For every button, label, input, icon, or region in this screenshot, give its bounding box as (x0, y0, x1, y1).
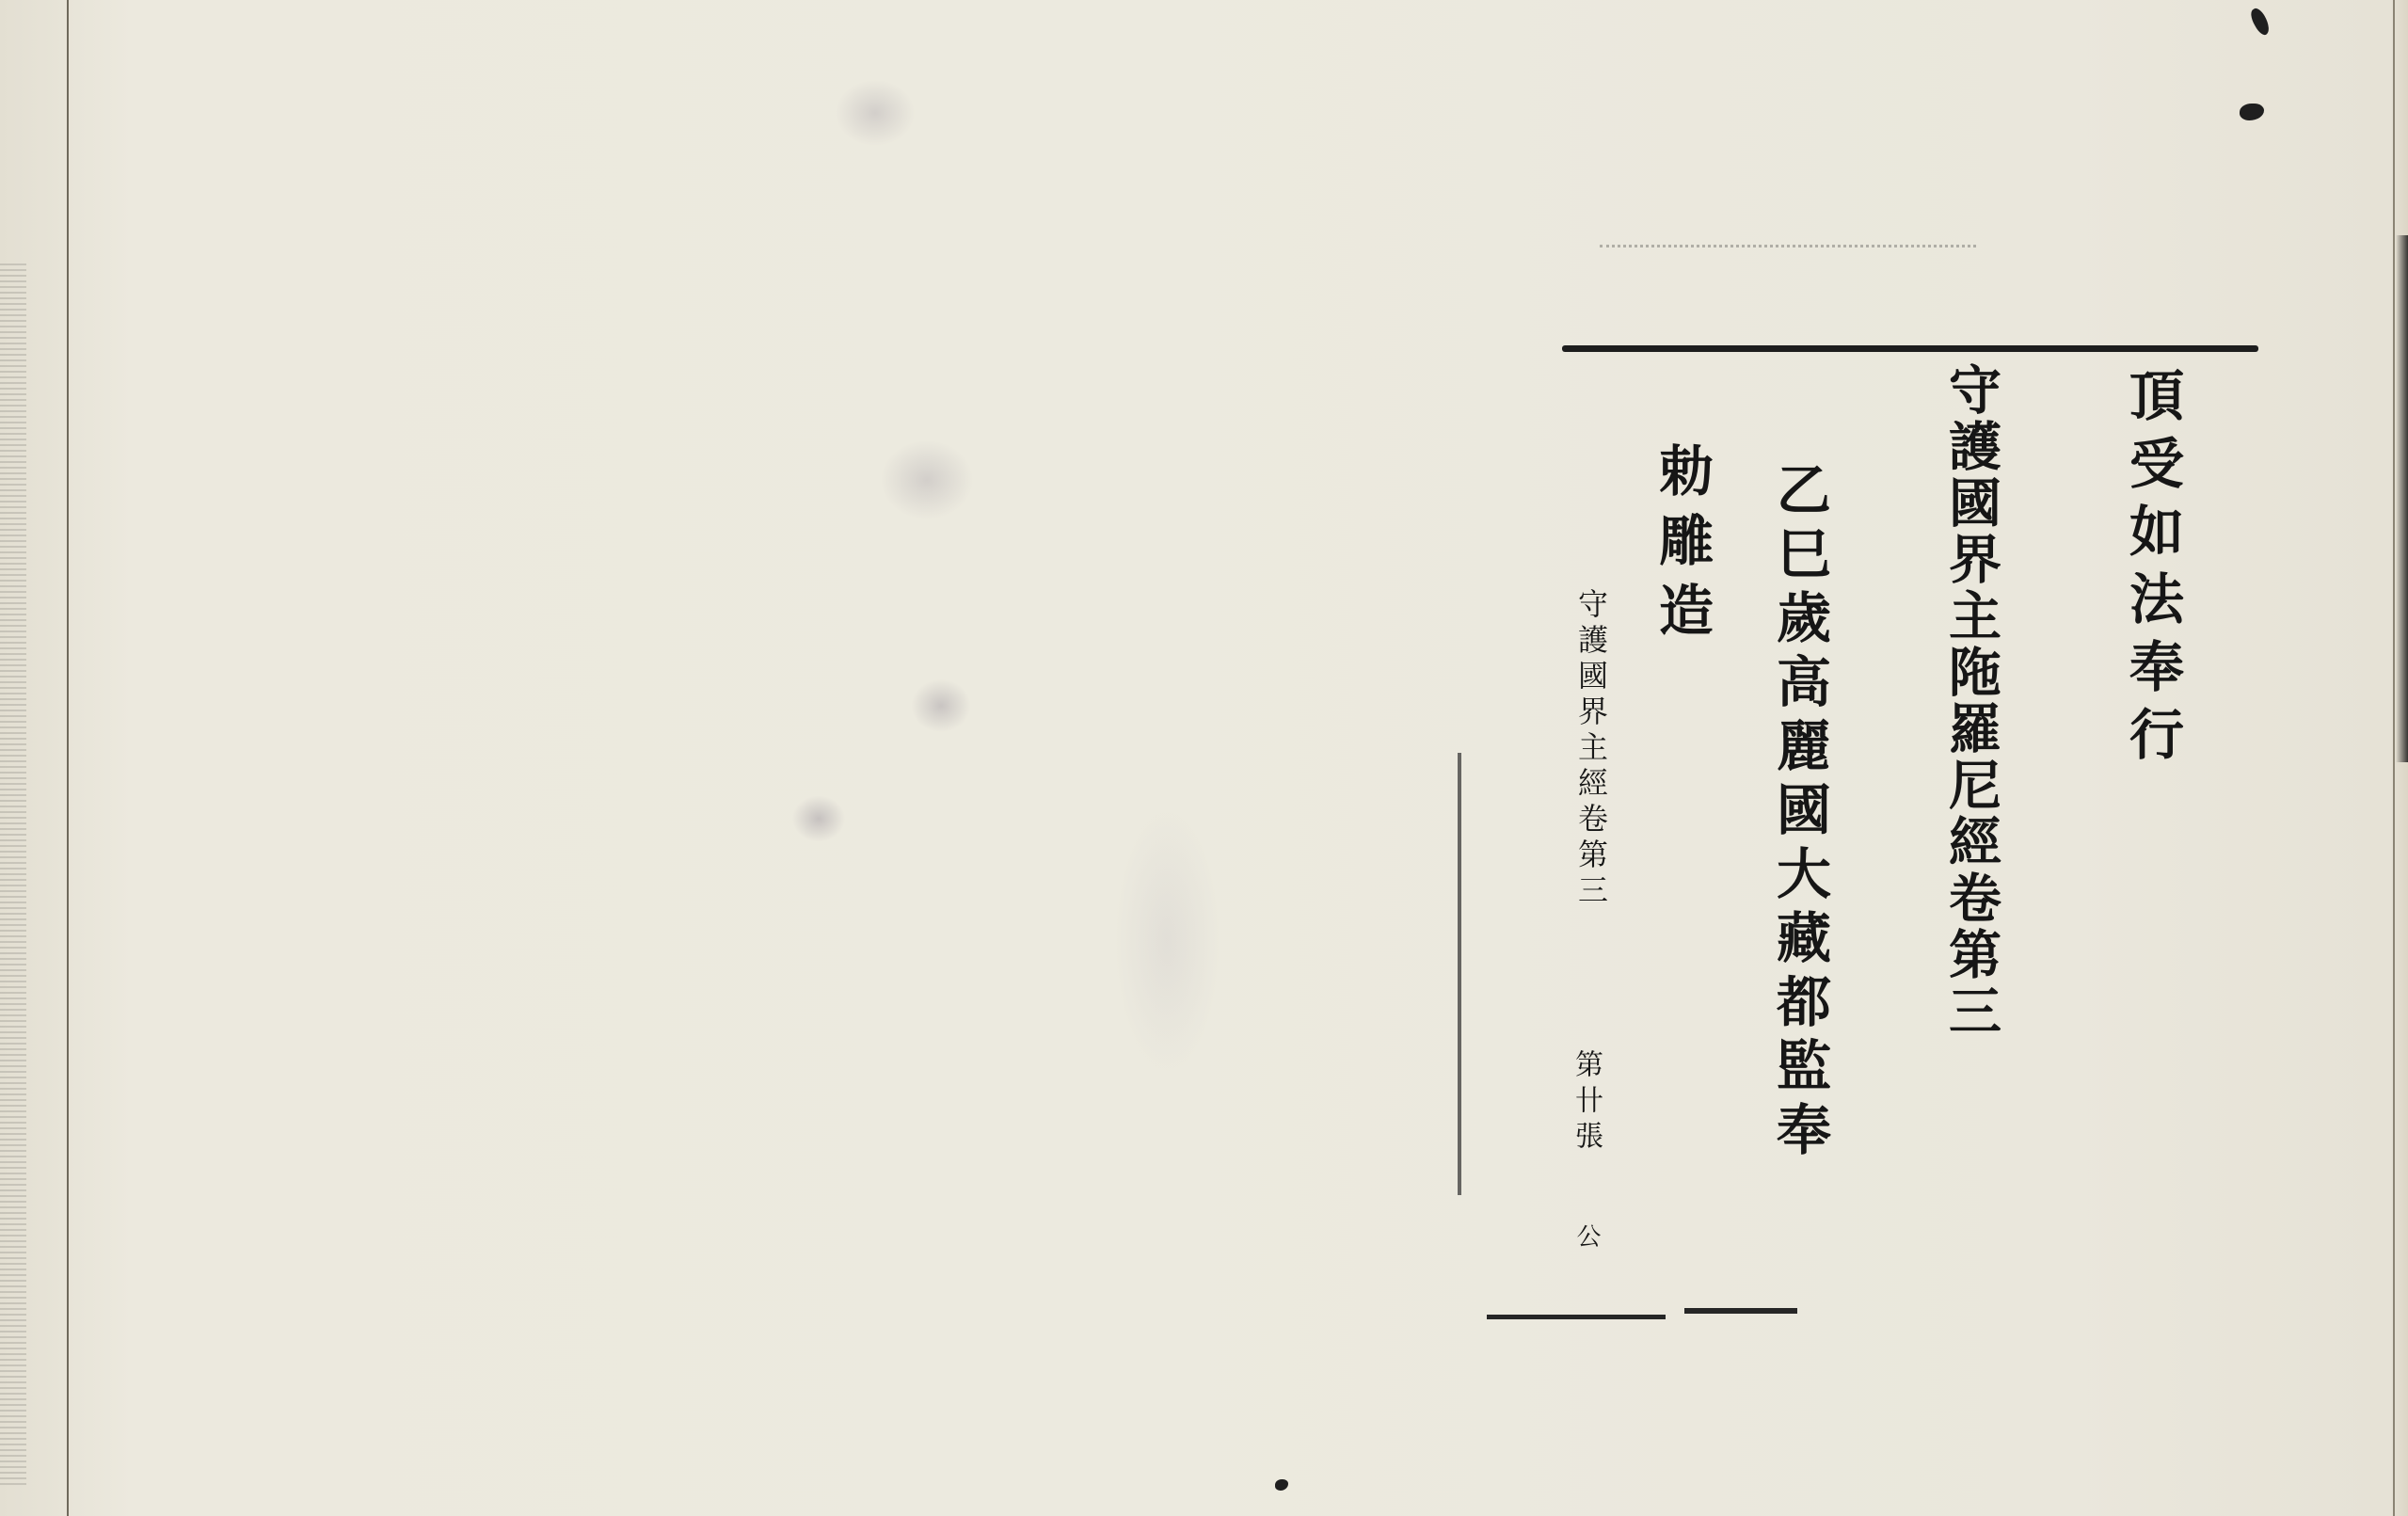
left-fold-line (67, 0, 69, 1516)
case-mark: 公 (1570, 1223, 1604, 1253)
colophon-column-2: 勅雕造 (1642, 442, 1721, 651)
paper-background (0, 0, 2408, 1516)
offset-ink-smudge (1600, 113, 1976, 247)
right-fold-line (2393, 0, 2395, 1516)
closing-phrase-column: 頂受如法奉行 (2113, 367, 2192, 774)
sheet-number: 第卄張 (1565, 1049, 1606, 1157)
margin-title: 守護國界主經卷第三 (1570, 588, 1613, 910)
bottom-border-rule-left (1487, 1315, 1666, 1319)
left-edge-speckle (0, 263, 26, 1487)
volume-title-column: 守護國界主陁羅尼經卷第三 (1934, 362, 2009, 1040)
bottom-border-rule-right (1684, 1308, 1797, 1314)
top-border-rule (1562, 345, 2258, 352)
margin-vertical-rule (1458, 753, 1461, 1195)
right-edge-ink-bleed (2396, 235, 2408, 762)
colophon-column-1: 乙巳歲高麗國大藏都監奉 (1760, 461, 1839, 1165)
